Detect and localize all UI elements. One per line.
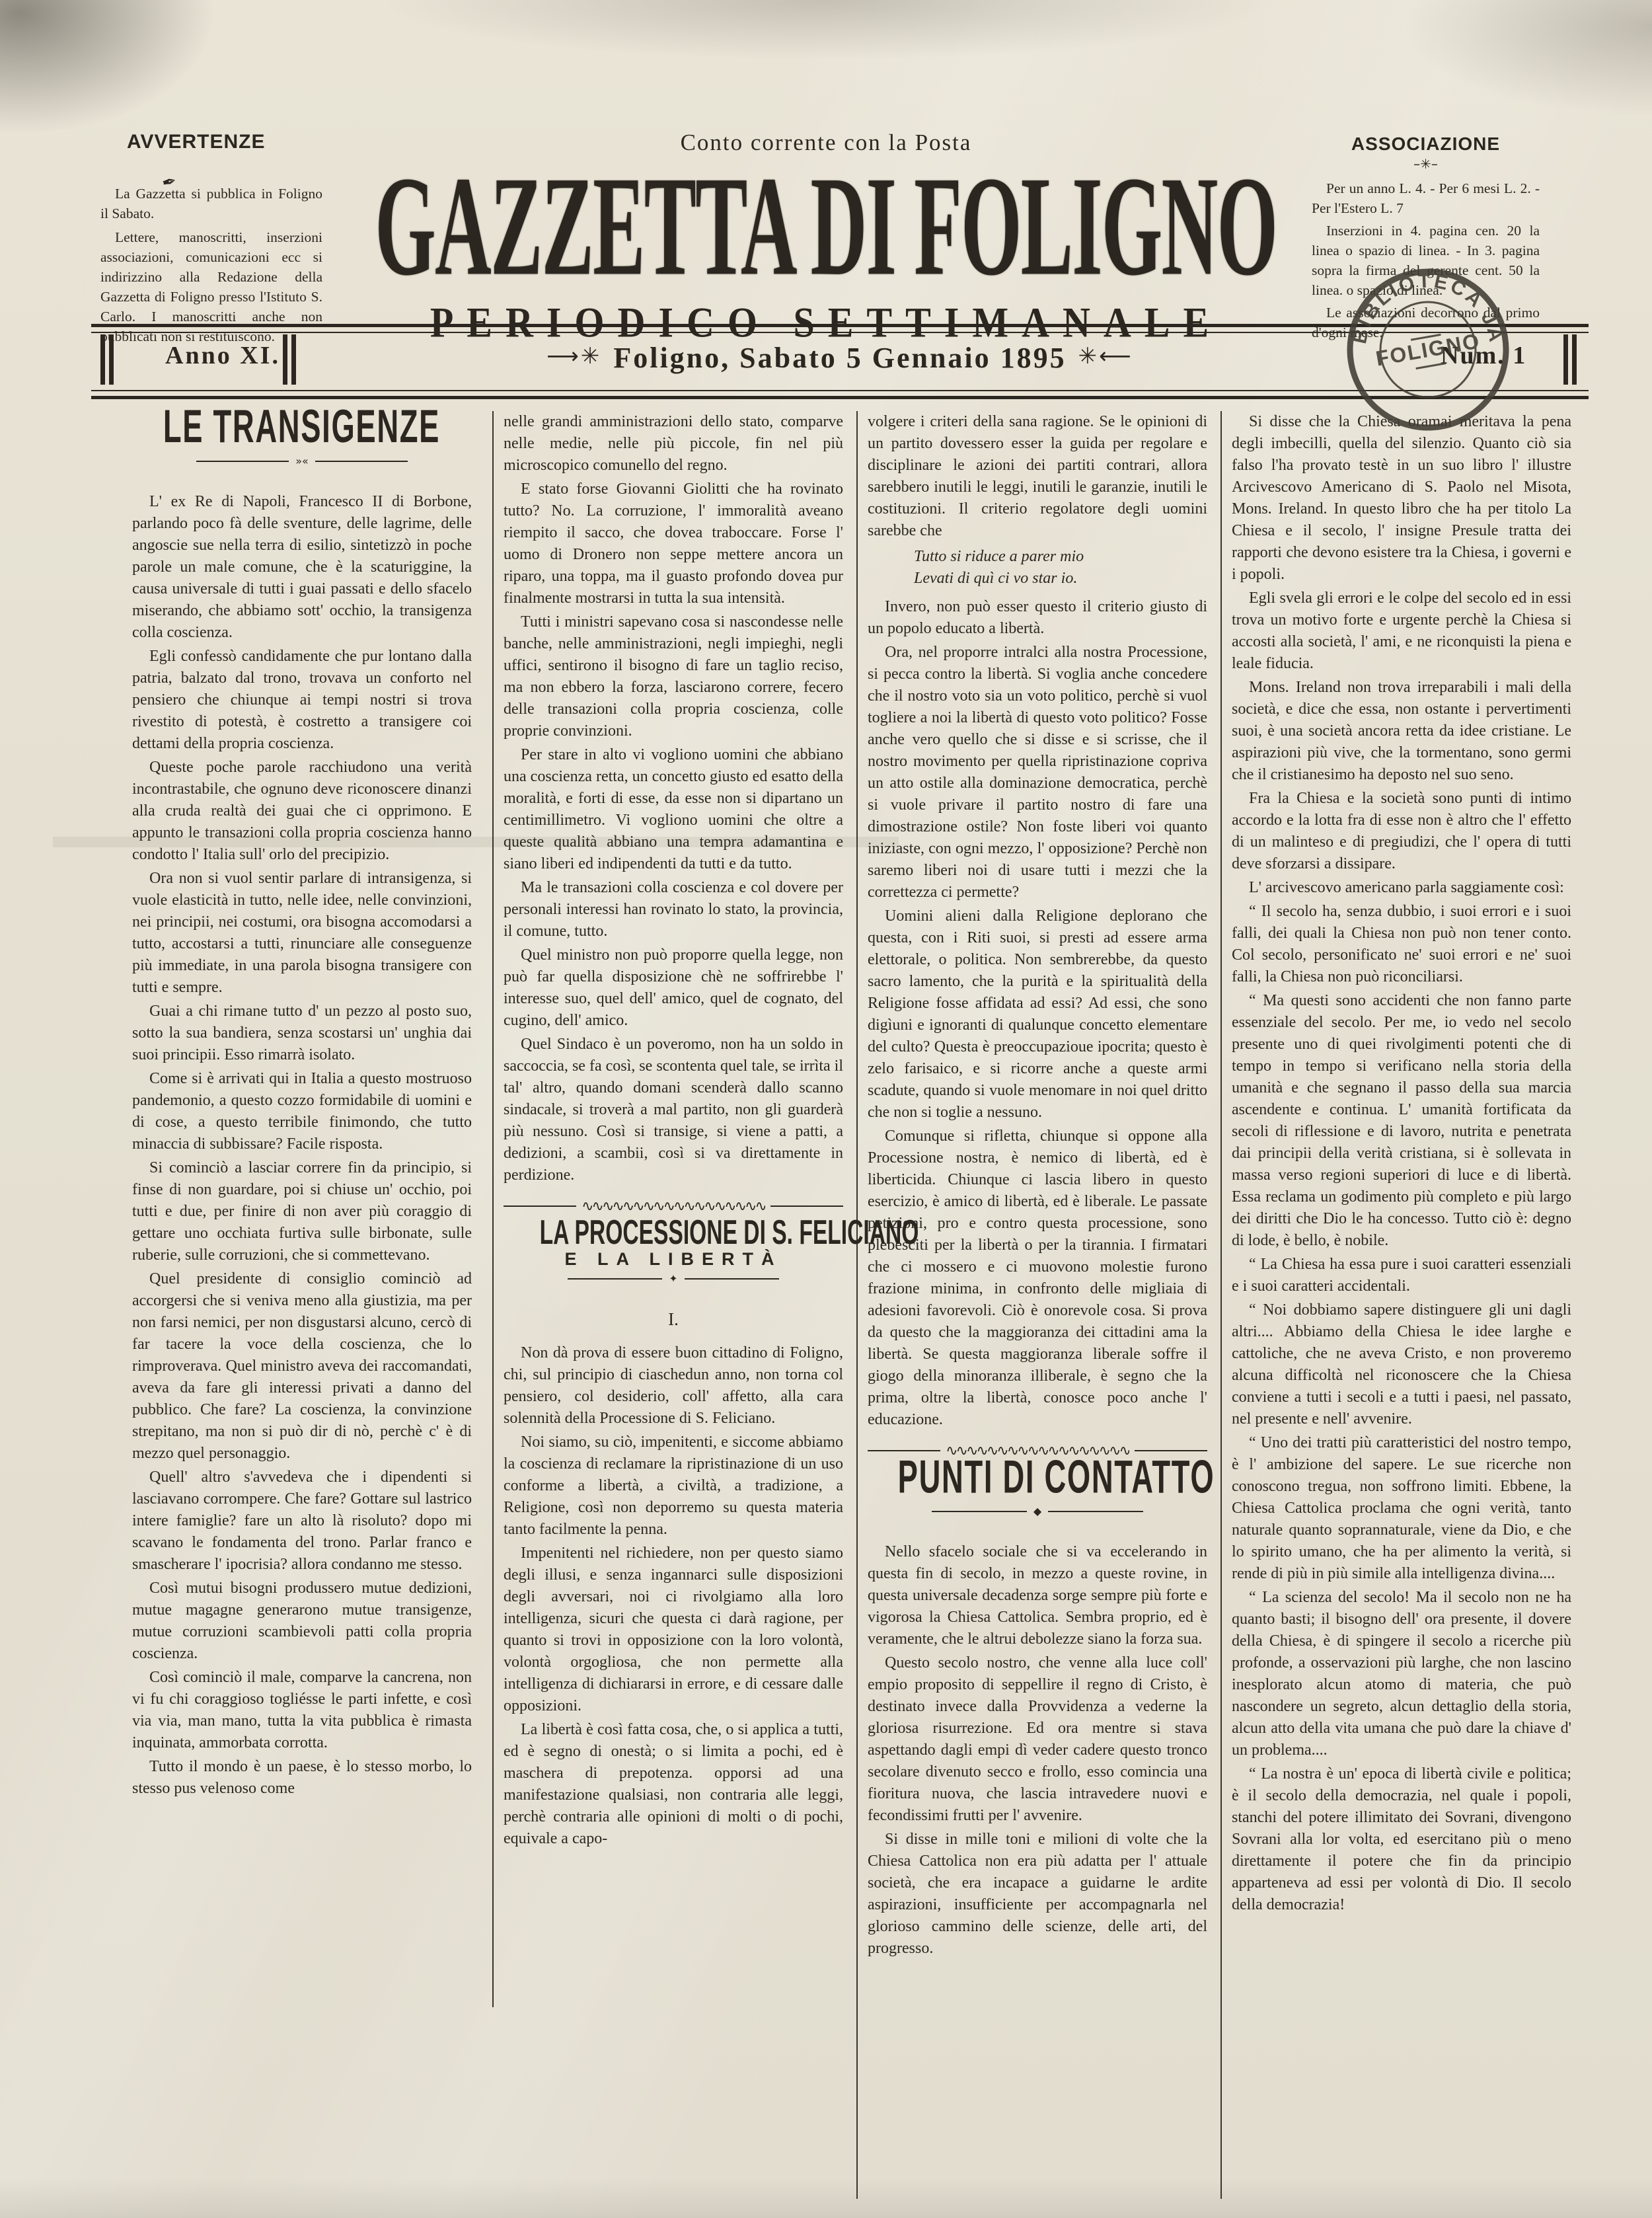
paragraph: “ La scienza del secolo! Ma il secolo no… bbox=[1232, 1587, 1571, 1761]
divider-ornament: ∿∿∿∿∿∿∿∿∿∿∿∿∿∿∿∿∿∿ bbox=[504, 1202, 843, 1210]
paragraph: Quel ministro non può proporre quella le… bbox=[504, 944, 843, 1032]
paragraph: Quel Sindaco è un poveromo, non ha un so… bbox=[504, 1034, 843, 1186]
paragraph: Impenitenti nel richiedere, non per ques… bbox=[504, 1543, 843, 1717]
paragraph: Quell' altro s'avvedeva che i dipendenti… bbox=[132, 1467, 472, 1576]
arrow-ornament-icon: ⟶✳ bbox=[535, 343, 613, 369]
star-ornament-icon: –✳– bbox=[1312, 156, 1540, 172]
paragraph: Egli svela gli errori e le colpe del sec… bbox=[1232, 588, 1571, 675]
article-headline-text: LE TRANSIGENZE bbox=[163, 413, 440, 441]
paragraph: Mons. Ireland non trova irreparabili i m… bbox=[1232, 677, 1571, 786]
paragraph: “ Uno dei tratti più caratteristici del … bbox=[1232, 1432, 1571, 1585]
column-2: nelle grandi amministrazioni dello stato… bbox=[504, 411, 843, 1852]
paper-smudge bbox=[0, 2178, 1652, 2218]
wave-ornament-icon: ∿∿∿∿∿∿∿∿∿∿∿∿∿∿∿∿∿∿ bbox=[582, 1202, 765, 1210]
paragraph: Tutti i ministri sapevano cosa si nascon… bbox=[504, 611, 843, 742]
paragraph: Quel presidente di consiglio cominciò ad… bbox=[132, 1268, 472, 1465]
arrow-ornament-icon: ✳⟵ bbox=[1067, 343, 1145, 369]
column-divider bbox=[856, 411, 858, 2199]
section-number: I. bbox=[504, 1309, 843, 1330]
paragraph: Ora, nel proporre intralci alla nostra P… bbox=[868, 642, 1207, 903]
paragraph: Così mutui bisogni produssero mutue dedi… bbox=[132, 1578, 472, 1665]
article-subhead: E LA LIBERTÀ bbox=[504, 1248, 843, 1270]
paragraph: “ Il secolo ha, senza dubbio, i suoi err… bbox=[1232, 901, 1571, 988]
article-headline: LE TRANSIGENZE bbox=[132, 416, 472, 442]
library-stamp: BIBLIOTECA JACOBILLI FOLIGNO bbox=[1328, 249, 1528, 450]
column-4: Si disse che la Chiesa oramai meritava l… bbox=[1232, 411, 1571, 1918]
newspaper-title: GAZZETTA DI FOLIGNO bbox=[311, 156, 1341, 296]
notices-box: AVVERTENZE ✒ La Gazzetta si pubblica in … bbox=[100, 131, 322, 350]
subscription-paragraph: Per un anno L. 4. - Per 6 mesi L. 2. - P… bbox=[1312, 178, 1540, 218]
paragraph: Nello sfacelo sociale che si va eccelera… bbox=[868, 1541, 1207, 1650]
paragraph: Noi siamo, su ciò, impenitenti, e siccom… bbox=[504, 1432, 843, 1541]
paragraph: nelle grandi amministrazioni dello stato… bbox=[504, 411, 843, 477]
paragraph: “ Ma questi sono accidenti che non fanno… bbox=[1232, 990, 1571, 1252]
paragraph: “ La nostra è un' epoca di libertà civil… bbox=[1232, 1763, 1571, 1916]
paragraph: L' arcivescovo americano parla saggiamen… bbox=[1232, 877, 1571, 899]
verse-quote: Tutto si riduce a parer mioLevati di quì… bbox=[914, 546, 1207, 590]
paragraph: L' ex Re di Napoli, Francesco II di Borb… bbox=[132, 491, 472, 644]
divider-ornament: »« bbox=[196, 458, 408, 465]
paragraph: “ La Chiesa ha essa pure i suoi caratter… bbox=[1232, 1254, 1571, 1297]
paragraph: Come si è arrivati qui in Italia a quest… bbox=[132, 1068, 472, 1155]
paragraph: Invero, non può esser questo il criterio… bbox=[868, 596, 1207, 640]
article-headline: LA PROCESSIONE DI S. FELICIANO bbox=[504, 1222, 843, 1244]
newspaper-page: AVVERTENZE ✒ La Gazzetta si pubblica in … bbox=[0, 0, 1652, 2218]
verse-line: Levati di quì ci vo star io. bbox=[914, 568, 1207, 590]
divider-glyph-icon: ✦ bbox=[669, 1276, 677, 1282]
paragraph: Fra la Chiesa e la società sono punti di… bbox=[1232, 788, 1571, 875]
paragraph: Comunque si rifletta, chiunque si oppone… bbox=[868, 1126, 1207, 1431]
subscription-title: ASSOCIAZIONE bbox=[1312, 134, 1540, 155]
divider-glyph-icon: ◆ bbox=[1033, 1508, 1041, 1515]
paragraph: Questo secolo nostro, che venne alla luc… bbox=[868, 1652, 1207, 1827]
article-headline-text: PUNTI DI CONTATTO bbox=[898, 1463, 1215, 1492]
paragraph: Si cominciò a lasciar correre fin da pri… bbox=[132, 1157, 472, 1266]
paragraph: volgere i criteri della sana ragione. Se… bbox=[868, 411, 1207, 542]
paragraph: Queste poche parole racchiudono una veri… bbox=[132, 757, 472, 866]
paragraph: Egli confessò candidamente che pur lonta… bbox=[132, 646, 472, 755]
notices-paragraph: La Gazzetta si pubblica in Foligno il Sa… bbox=[100, 184, 322, 223]
divider-ornament: ◆ bbox=[932, 1508, 1143, 1515]
paragraph: Guai a chi rimane tutto d' un pezzo al p… bbox=[132, 1001, 472, 1066]
article-headline-text: LA PROCESSIONE DI S. FELICIANO bbox=[540, 1219, 919, 1247]
column-divider bbox=[492, 411, 494, 2007]
masthead-area: Conto corrente con la Posta GAZZETTA DI … bbox=[311, 130, 1341, 344]
paragraph: Ora non si vuol sentir parlare di intran… bbox=[132, 868, 472, 999]
paragraph: E stato forse Giovanni Giolitti che ha r… bbox=[504, 478, 843, 609]
paragraph: Ma le transazioni colla coscienza e col … bbox=[504, 877, 843, 942]
divider-glyph-icon: »« bbox=[295, 458, 309, 465]
paragraph: Non dà prova di essere buon cittadino di… bbox=[504, 1342, 843, 1430]
paragraph: “ Noi dobbiamo sapere distinguere gli un… bbox=[1232, 1299, 1571, 1430]
paragraph: La libertà è così fatta cosa, che, o si … bbox=[504, 1719, 843, 1850]
column-divider bbox=[1220, 411, 1222, 2199]
stamp-center-text: FOLIGNO bbox=[1374, 328, 1482, 370]
paragraph: Uomini alieni dalla Religione deplorano … bbox=[868, 905, 1207, 1124]
paragraph: Così cominciò il male, comparve la cancr… bbox=[132, 1667, 472, 1754]
column-1: LE TRANSIGENZE»«L' ex Re di Napoli, Fran… bbox=[132, 411, 472, 1802]
paragraph: Si disse in mille toni e milioni di volt… bbox=[868, 1829, 1207, 1960]
paragraph: Tutto il mondo è un paese, è lo stesso m… bbox=[132, 1756, 472, 1800]
paragraph: Per stare in alto vi vogliono uomini che… bbox=[504, 744, 843, 875]
article-headline: PUNTI DI CONTATTO bbox=[868, 1467, 1207, 1492]
divider-ornament: ✦ bbox=[568, 1276, 779, 1282]
verse-line: Tutto si riduce a parer mio bbox=[914, 546, 1207, 568]
column-3: volgere i criteri della sana ragione. Se… bbox=[868, 411, 1207, 1962]
